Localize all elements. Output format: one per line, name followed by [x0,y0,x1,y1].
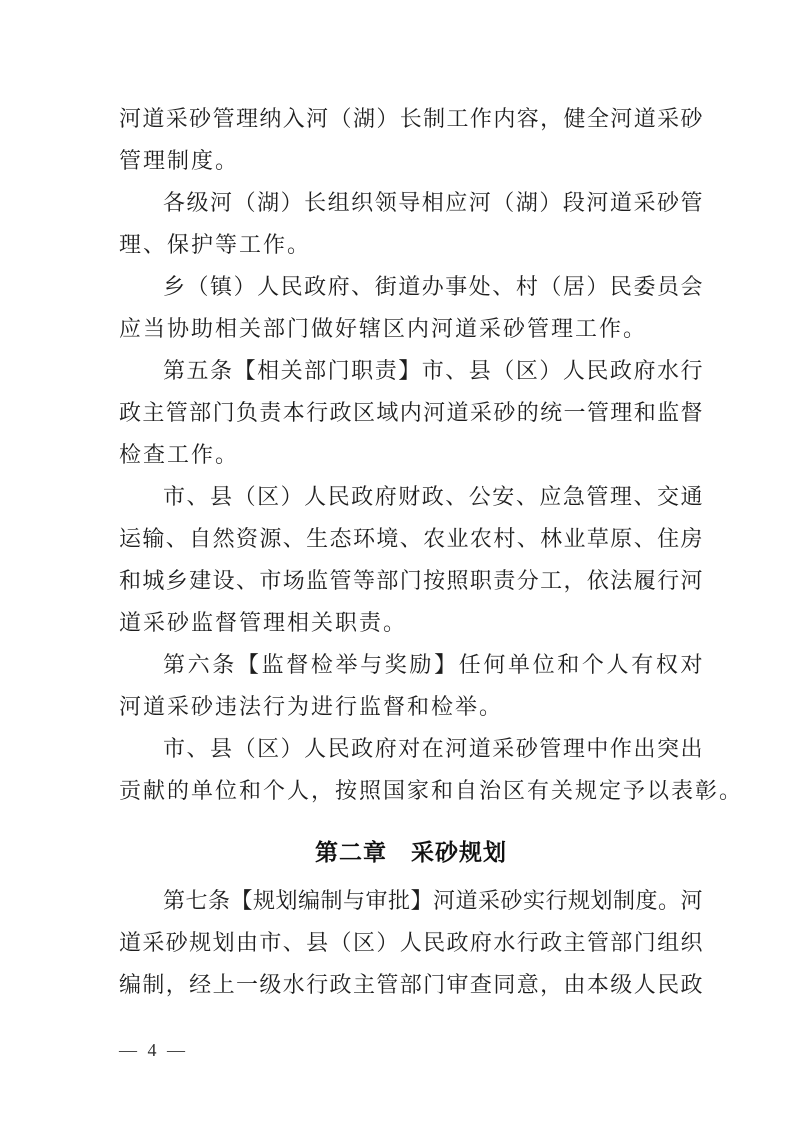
text-line: 检查工作。 [119,434,703,476]
document-body: 河道采砂管理纳入河（湖）长制工作内容，健全河道采砂管理制度。各级河（湖）长组织领… [119,98,703,1006]
text-line: 河道采砂管理纳入河（湖）长制工作内容，健全河道采砂 [119,98,703,140]
text-line: 乡（镇）人民政府、街道办事处、村（居）民委员会 [119,266,703,308]
text-line: 理、保护等工作。 [119,224,703,266]
text-line: 编制，经上一级水行政主管部门审查同意，由本级人民政 [119,964,703,1006]
page-number: — 4 — [119,1038,188,1062]
text-line: 道采砂监督管理相关职责。 [119,602,703,644]
text-line: 管理制度。 [119,140,703,182]
text-line: 河道采砂违法行为进行监督和检举。 [119,686,703,728]
text-line: 第七条【规划编制与审批】河道采砂实行规划制度。河 [119,880,703,922]
text-line: 应当协助相关部门做好辖区内河道采砂管理工作。 [119,308,703,350]
document-page: 河道采砂管理纳入河（湖）长制工作内容，健全河道采砂管理制度。各级河（湖）长组织领… [0,0,793,1122]
text-line: 和城乡建设、市场监管等部门按照职责分工，依法履行河 [119,560,703,602]
text-line: 道采砂规划由市、县（区）人民政府水行政主管部门组织 [119,922,703,964]
text-line: 市、县（区）人民政府财政、公安、应急管理、交通 [119,476,703,518]
text-line: 市、县（区）人民政府对在河道采砂管理中作出突出 [119,728,703,770]
text-line: 政主管部门负责本行政区域内河道采砂的统一管理和监督 [119,392,703,434]
text-line: 第五条【相关部门职责】市、县（区）人民政府水行 [119,350,703,392]
text-line: 运输、自然资源、生态环境、农业农村、林业草原、住房 [119,518,703,560]
text-line: 第六条【监督检举与奖励】任何单位和个人有权对 [119,644,703,686]
text-line: 各级河（湖）长组织领导相应河（湖）段河道采砂管 [119,182,703,224]
text-line: 贡献的单位和个人，按照国家和自治区有关规定予以表彰。 [119,770,703,812]
chapter-heading: 第二章 采砂规划 [119,832,703,874]
